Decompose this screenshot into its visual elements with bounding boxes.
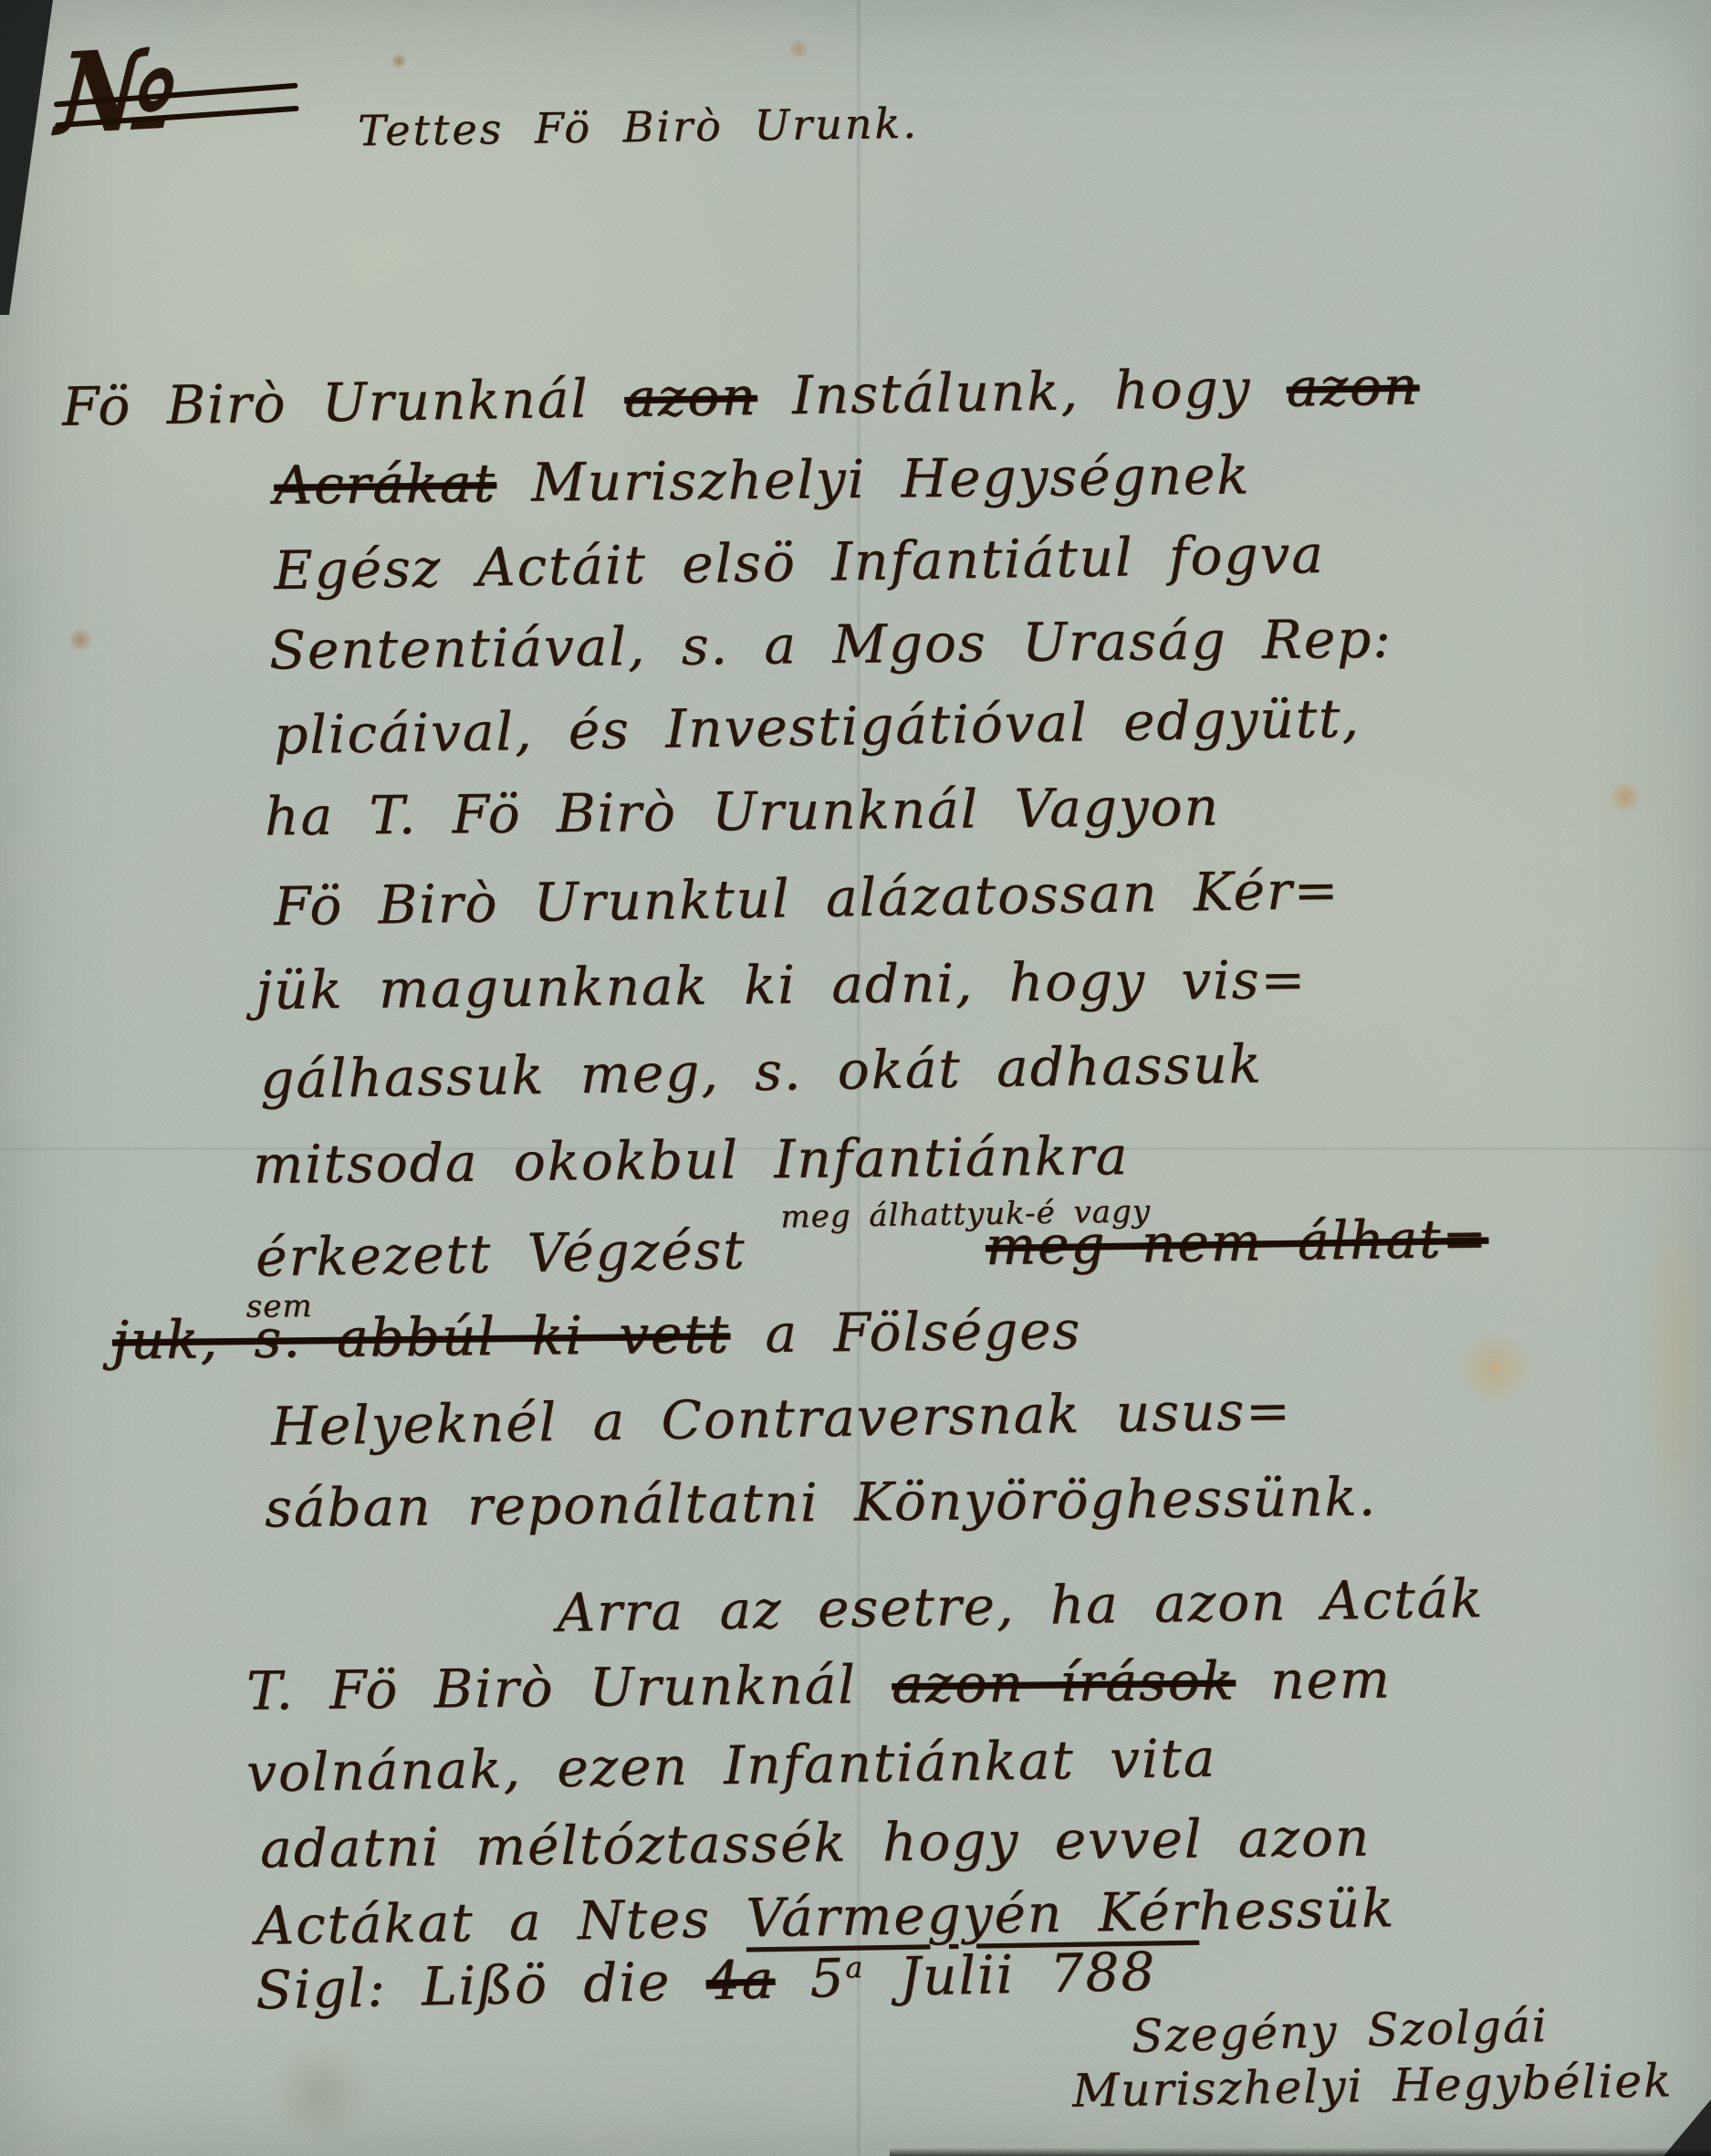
text-line: ha T. Fö Birò Urunknál Vagyon xyxy=(265,776,1220,848)
text-segment: Vármegyén Kér xyxy=(746,1880,1199,1950)
interlinear-insertion: sem xyxy=(245,1288,312,1325)
text-line: Fö Birò Urunknál azon Instálunk, hogy az… xyxy=(62,354,1420,437)
struck-text: Acrákat xyxy=(274,452,496,517)
letter-body: Fö Birò Urunknál azon Instálunk, hogy az… xyxy=(0,0,1711,2156)
text-segment: Egész Actáit elsö Infantiátul fogva xyxy=(274,523,1326,602)
text-segment: nem xyxy=(1235,1648,1392,1711)
text-segment: a Fölséges xyxy=(729,1299,1081,1365)
text-line: Actákat a Ntes Vármegyén Kérhessük xyxy=(256,1877,1396,1957)
struck-text: azon xyxy=(1286,354,1419,418)
text-segment: Sententiával, s. a Mgos Uraság Rep: xyxy=(269,608,1393,682)
text-segment: Helyeknél a Contraversnak usus= xyxy=(271,1379,1293,1458)
text-line: plicáival, és Investigátióval edgyütt, xyxy=(274,687,1361,767)
text-line: jük magunknak ki adni, hogy vis= xyxy=(256,948,1308,1021)
text-segment: jük magunknak ki adni, hogy vis= xyxy=(256,948,1308,1021)
text-segment: a xyxy=(845,1950,865,1984)
letter-page: № Tettes Fö Birò Urunk. Fö Birò Urunknál… xyxy=(0,0,1711,2156)
text-segment: Muriszhelyi Hegységnek xyxy=(496,444,1250,514)
signature-line: Szegény Szolgái xyxy=(1131,1999,1549,2063)
struck-text: azon xyxy=(624,365,757,429)
text-line: volnának, ezen Infantiánkat vita xyxy=(246,1727,1217,1805)
text-line: Arra az esetre, ha azon Acták xyxy=(557,1567,1485,1644)
text-segment: mitsoda okokbul Infantiánkra xyxy=(253,1125,1130,1196)
text-segment: gálhassuk meg, s. okát adhassuk xyxy=(260,1032,1264,1110)
text-segment: hessük xyxy=(1198,1877,1396,1941)
text-segment: Instálunk, hogy xyxy=(756,357,1287,427)
text-line: adatni méltóztassék hogy evvel azon xyxy=(260,1806,1372,1880)
text-line: Egész Actáit elsö Infantiátul fogva xyxy=(274,523,1326,602)
struck-text: azon írások xyxy=(892,1649,1236,1715)
text-line: sában reponáltatni Könyöröghessünk. xyxy=(265,1466,1378,1540)
signature-line: Muriszhelyi Hegybéliek xyxy=(1072,2054,1674,2117)
text-segment: Arra az esetre, ha azon Acták xyxy=(557,1567,1485,1644)
struck-text: 4a xyxy=(705,1948,776,2012)
text-segment: Actákat a Ntes xyxy=(256,1887,746,1956)
text-segment: Julii 788 xyxy=(864,1941,1157,2009)
text-segment: adatni méltóztassék hogy evvel azon xyxy=(260,1806,1372,1880)
text-line: Sententiával, s. a Mgos Uraság Rep: xyxy=(269,608,1393,682)
text-line: érkezett Végzést meg álhattyuk-é vagy me… xyxy=(256,1207,1489,1288)
text-segment: volnának, ezen Infantiánkat vita xyxy=(246,1727,1217,1805)
text-segment: T. Fö Birò Urunknál xyxy=(246,1653,892,1722)
interlinear-insertion: meg álhattyuk-é vagy xyxy=(780,1193,1151,1235)
text-segment: Fö Birò Urunktul alázatossan Kér= xyxy=(274,859,1341,937)
text-segment: Sigl: Lißö die xyxy=(255,1950,706,2021)
struck-text: juk, s. abbúl ki vett xyxy=(111,1303,730,1371)
text-segment: érkezett Végzést xyxy=(256,1219,782,1289)
text-segment: sában reponáltatni Könyöröghessünk. xyxy=(265,1466,1378,1540)
text-line: Acrákat Muriszhelyi Hegységnek xyxy=(274,444,1251,516)
text-line: Fö Birò Urunktul alázatossan Kér= xyxy=(274,859,1341,937)
text-line: Helyeknél a Contraversnak usus= xyxy=(271,1379,1293,1458)
text-segment: ha T. Fö Birò Urunknál Vagyon xyxy=(265,776,1220,848)
text-segment: 5 xyxy=(774,1947,846,2011)
text-line: gálhassuk meg, s. okát adhassuk xyxy=(260,1032,1264,1110)
text-line: T. Fö Birò Urunknál azon írások nem xyxy=(246,1648,1392,1722)
text-segment: plicáival, és Investigátióval edgyütt, xyxy=(274,687,1361,767)
text-line: mitsoda okokbul Infantiánkra xyxy=(253,1125,1130,1196)
text-segment: Fö Birò Urunknál xyxy=(62,367,625,438)
text-line: semjuk, s. abbúl ki vett a Fölséges xyxy=(246,1299,1082,1370)
